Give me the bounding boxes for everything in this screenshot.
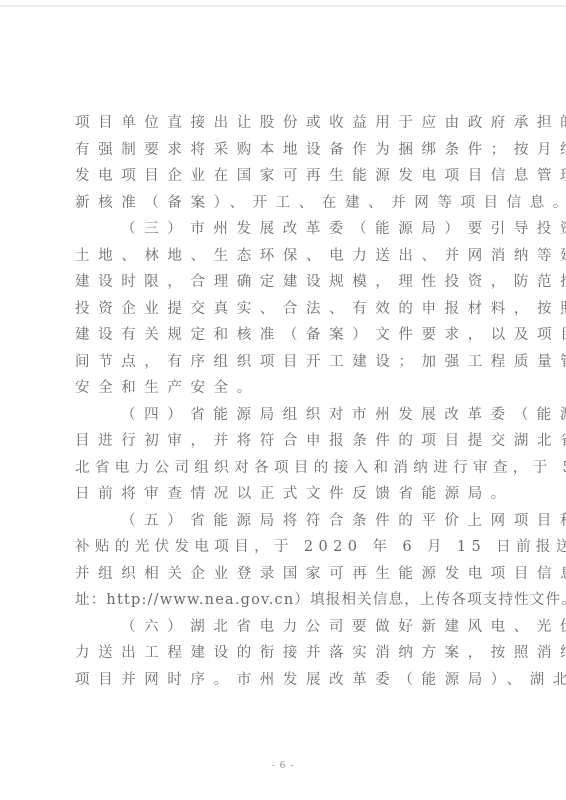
paragraph-section-3: （三）市州发展改革委（能源局）要引导投资企业综合考虑 土地、林地、生态环保、电力… [75, 216, 497, 402]
text-line: 建设时限，合理确定建设规模，理性投资，防范投资风险。督促 [75, 269, 497, 296]
text-line: 新核准（备案）、开工、在建、并网等项目信息。 [75, 190, 497, 217]
text-line: 有强制要求将采购本地设备作为捆绑条件；按月组织风电、光伏 [75, 137, 497, 164]
text-line-indented: （五）省能源局将符合条件的平价上网项目和申报国家财政 [75, 508, 497, 535]
text-line: 力送出工程建设的衔接并落实消纳方案，按照消纳能力合理安排 [75, 640, 497, 667]
top-edge-rule [0, 5, 566, 7]
paragraph-section-4: （四）省能源局组织对市州发展改革委（能源局）报送的项 目进行初审，并将符合申报条… [75, 402, 497, 508]
text-line-indented: （三）市州发展改革委（能源局）要引导投资企业综合考虑 [75, 216, 497, 243]
text-line-with-url: 址：http://www.nea.gov.cn）填报相关信息，上传各项支持性文件… [75, 587, 497, 614]
text-line: 发电项目企业在国家可再生能源发电项目信息管理平台填报、更 [75, 163, 497, 190]
text-line-indented: （四）省能源局组织对市州发展改革委（能源局）报送的项 [75, 402, 497, 429]
text-line: 并组织相关企业登录国家可再生能源发电项目信息管理系统（网 [75, 561, 497, 588]
text-line: 投资企业提交真实、合法、有效的申报材料，按照国家关于项目 [75, 296, 497, 323]
document-body: 项目单位直接出让股份或收益用于应由政府承担的各项事务，没 有强制要求将采购本地设… [75, 110, 497, 693]
text-line: 建设有关规定和核准（备案）文件要求，以及项目设计标准和时 [75, 322, 497, 349]
text-line: 补贴的光伏发电项目，于 2020 年 6 月 15 日前报送国家能源局， [75, 534, 497, 561]
paragraph-section-5: （五）省能源局将符合条件的平价上网项目和申报国家财政 补贴的光伏发电项目，于 2… [75, 508, 497, 614]
text-line: 项目单位直接出让股份或收益用于应由政府承担的各项事务，没 [75, 110, 497, 137]
text-line: 日前将审查情况以正式文件反馈省能源局。 [75, 481, 497, 508]
paragraph-section-6: （六）湖北省电力公司要做好新建风电、光伏发电项目与电 力送出工程建设的衔接并落实… [75, 614, 497, 694]
text-line: 项目并网时序。市州发展改革委（能源局）、湖北省电力公司要按 [75, 667, 497, 694]
paragraph-continuation: 项目单位直接出让股份或收益用于应由政府承担的各项事务，没 有强制要求将采购本地设… [75, 110, 497, 216]
page-number: - 6 - [0, 761, 566, 771]
text-line: 土地、林地、生态环保、电力送出、并网消纳等建设条件，以及 [75, 243, 497, 270]
text-line: 目进行初审，并将符合申报条件的项目提交湖北省电力公司。湖 [75, 428, 497, 455]
text-line: 间节点，有序组织项目开工建设；加强工程质量管控，确保建设 [75, 349, 497, 376]
text-line: 安全和生产安全。 [75, 375, 497, 402]
text-line-indented: （六）湖北省电力公司要做好新建风电、光伏发电项目与电 [75, 614, 497, 641]
text-line: 北省电力公司组织对各项目的接入和消纳进行审查，于 5 月 15 [75, 455, 497, 482]
